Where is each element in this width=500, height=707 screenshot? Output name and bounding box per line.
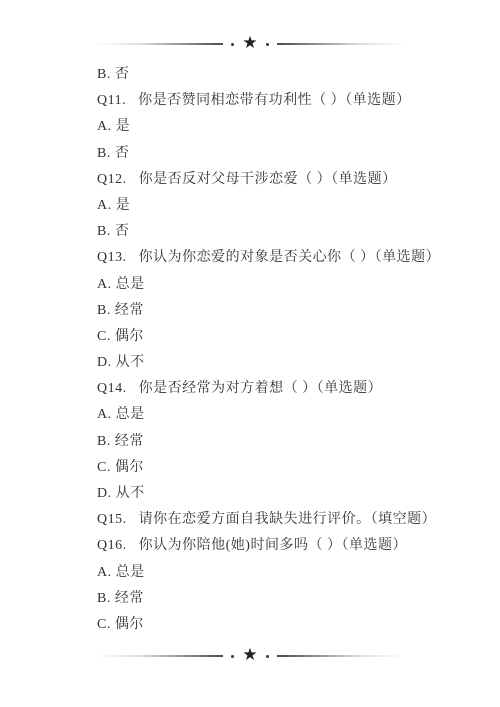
question-line: Q14.你是否经常为对方着想（ ）（单选题） [97,376,480,402]
question-line: Q13.你认为你恋爱的对象是否关心你（ ）（单选题） [97,245,480,271]
option-line: C. 偶尔 [97,324,480,350]
option-line: B. 经常 [97,429,480,455]
star-icon: ★ [242,647,257,664]
divider-line-right [277,43,405,45]
question-line: Q12.你是否反对父母干涉恋爱（ ）（单选题） [97,167,480,193]
option-line: B. 经常 [97,298,480,324]
option-line: B. 否 [97,62,480,88]
question-line: Q16.你认为你陪他(她)时间多吗（ ）（单选题） [97,533,480,559]
option-line: B. 经常 [97,586,480,612]
top-divider: ★ [95,35,405,53]
option-line: B. 否 [97,141,480,167]
option-line: A. 总是 [97,560,480,586]
question-number: Q13. [97,250,127,265]
question-line: Q15.请你在恋爱方面自我缺失进行评价。（填空题） [97,507,480,533]
option-line: B. 否 [97,219,480,245]
question-text: 你是否经常为对方着想（ ）（单选题） [139,381,383,396]
option-line: D. 从不 [97,350,480,376]
questionnaire-page: ★ B. 否Q11.你是否赞同相恋带有功利性（ ）（单选题）A. 是B. 否Q1… [0,0,500,707]
dot-icon [231,655,234,658]
option-line: C. 偶尔 [97,612,480,638]
option-line: A. 总是 [97,402,480,428]
option-line: A. 是 [97,114,480,140]
divider-line-left [95,655,223,657]
question-text: 你是否反对父母干涉恋爱（ ）（单选题） [139,172,397,187]
option-line: A. 总是 [97,272,480,298]
question-text: 你认为你恋爱的对象是否关心你（ ）（单选题） [139,250,441,265]
question-text: 请你在恋爱方面自我缺失进行评价。（填空题） [139,512,437,527]
option-line: C. 偶尔 [97,455,480,481]
document-lines: B. 否Q11.你是否赞同相恋带有功利性（ ）（单选题）A. 是B. 否Q12.… [0,62,500,638]
question-number: Q12. [97,172,127,187]
dot-icon [266,655,269,658]
question-number: Q14. [97,381,127,396]
option-line: D. 从不 [97,481,480,507]
question-text: 你是否赞同相恋带有功利性（ ）（单选题） [138,93,411,108]
dot-icon [266,43,269,46]
question-text: 你认为你陪他(她)时间多吗（ ）（单选题） [139,538,407,553]
question-line: Q11.你是否赞同相恋带有功利性（ ）（单选题） [97,88,480,114]
option-line: A. 是 [97,193,480,219]
question-number: Q16. [97,538,127,553]
question-number: Q11. [97,93,126,108]
divider-line-right [277,655,405,657]
divider-line-left [95,43,223,45]
bottom-divider: ★ [95,647,405,665]
star-icon: ★ [242,35,257,52]
dot-icon [231,43,234,46]
question-number: Q15. [97,512,127,527]
